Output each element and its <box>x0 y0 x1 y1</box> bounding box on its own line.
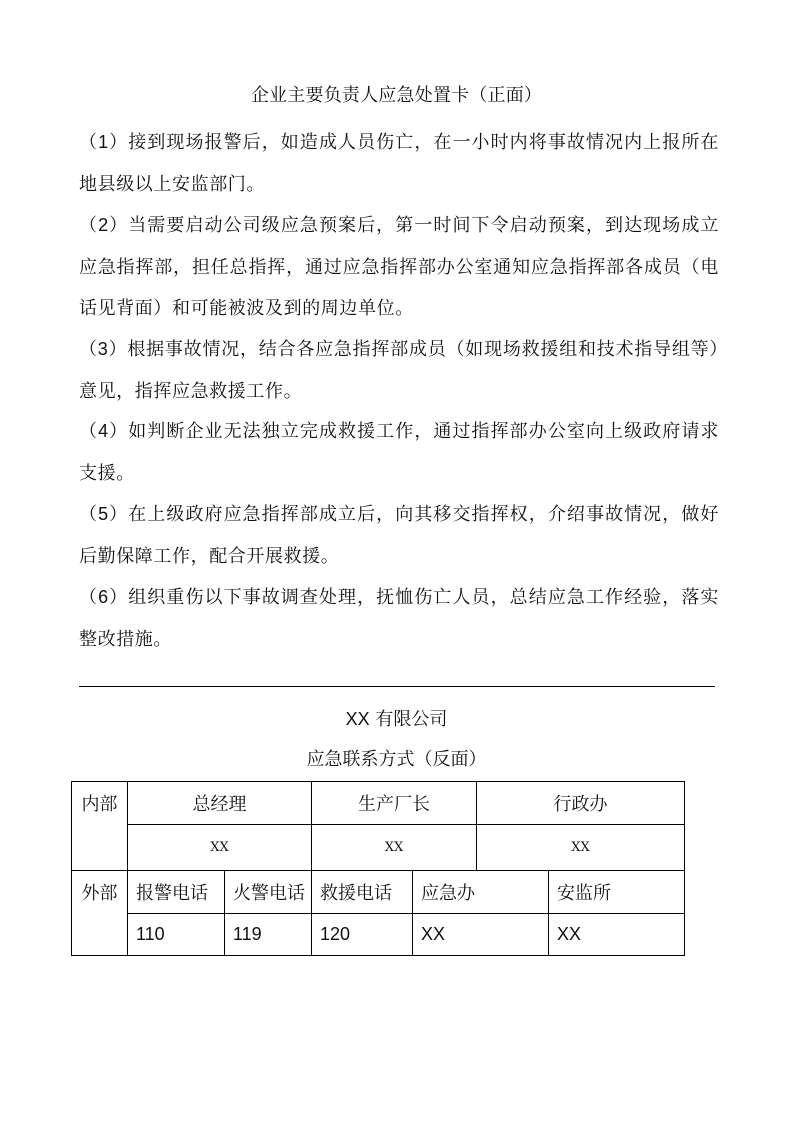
procedure-item-number: （5） <box>79 504 128 524</box>
internal-header-production-manager: 生产厂长 <box>312 782 477 825</box>
company-name-prefix: XX <box>346 709 370 729</box>
external-header-emergency-office: 应急办 <box>413 871 549 914</box>
procedure-item-number: （3） <box>79 339 127 359</box>
internal-header-row: 内部 总经理 生产厂长 行政办 <box>72 782 685 825</box>
procedure-item-number: （2） <box>79 215 128 235</box>
external-value-police: 110 <box>128 914 225 956</box>
procedure-item-2: （2）当需要启动公司级应急预案后，第一时间下令启动预案，到达现场成立应急指挥部，… <box>79 205 719 330</box>
external-value-emergency-office: XX <box>413 914 549 956</box>
procedure-item-text: 组织重伤以下事故调查处理，抚恤伤亡人员，总结应急工作经验，落实整改措施。 <box>79 587 719 650</box>
procedure-item-text: 在上级政府应急指挥部成立后，向其移交指挥权，介绍事故情况，做好后勤保障工作，配合… <box>79 504 719 567</box>
external-header-police: 报警电话 <box>128 871 225 914</box>
internal-header-admin-office: 行政办 <box>477 782 685 825</box>
procedure-item-text: 根据事故情况，结合各应急指挥部成员（如现场救援组和技术指导组等）意见，指挥应急救… <box>79 339 719 402</box>
emergency-contact-table: 内部 总经理 生产厂长 行政办 XX XX XX 外部 报警电话 火警电话 救援… <box>71 781 685 956</box>
external-header-rescue: 救援电话 <box>312 871 413 914</box>
internal-value-row: XX XX XX <box>72 825 685 871</box>
internal-section-label: 内部 <box>72 782 128 871</box>
procedure-item-1: （1）接到现场报警后，如造成人员伤亡，在一小时内将事故情况内上报所在地县级以上安… <box>79 122 719 205</box>
external-value-fire: 119 <box>225 914 312 956</box>
external-header-safety-station: 安监所 <box>549 871 685 914</box>
internal-header-general-manager: 总经理 <box>128 782 312 825</box>
card-back-title: 应急联系方式（反面） <box>0 748 793 772</box>
internal-value-general-manager: XX <box>128 825 312 871</box>
external-header-row: 外部 报警电话 火警电话 救援电话 应急办 安监所 <box>72 871 685 914</box>
external-value-rescue: 120 <box>312 914 413 956</box>
external-section-label: 外部 <box>72 871 128 956</box>
procedure-item-text: 接到现场报警后，如造成人员伤亡，在一小时内将事故情况内上报所在地县级以上安监部门… <box>79 132 719 195</box>
procedure-item-number: （4） <box>79 421 128 441</box>
card-front-title: 企业主要负责人应急处置卡（正面） <box>0 84 793 108</box>
company-name: XX 有限公司 <box>0 707 793 732</box>
procedure-item-number: （6） <box>79 587 128 607</box>
company-name-suffix: 有限公司 <box>370 709 448 730</box>
procedure-item-5: （5）在上级政府应急指挥部成立后，向其移交指挥权，介绍事故情况，做好后勤保障工作… <box>79 494 719 577</box>
procedure-item-6: （6）组织重伤以下事故调查处理，抚恤伤亡人员，总结应急工作经验，落实整改措施。 <box>79 577 719 660</box>
procedure-item-text: 如判断企业无法独立完成救援工作，通过指挥部办公室向上级政府请求支援。 <box>79 421 719 484</box>
procedure-item-text: 当需要启动公司级应急预案后，第一时间下令启动预案，到达现场成立应急指挥部，担任总… <box>79 215 719 319</box>
internal-value-production-manager: XX <box>312 825 477 871</box>
external-value-safety-station: XX <box>549 914 685 956</box>
external-value-row: 110 119 120 XX XX <box>72 914 685 956</box>
external-header-fire: 火警电话 <box>225 871 312 914</box>
section-divider <box>79 686 715 687</box>
procedure-item-4: （4）如判断企业无法独立完成救援工作，通过指挥部办公室向上级政府请求支援。 <box>79 411 719 494</box>
procedure-item-number: （1） <box>79 132 128 152</box>
internal-value-admin-office: XX <box>477 825 685 871</box>
procedure-item-3: （3）根据事故情况，结合各应急指挥部成员（如现场救援组和技术指导组等）意见，指挥… <box>79 329 719 412</box>
